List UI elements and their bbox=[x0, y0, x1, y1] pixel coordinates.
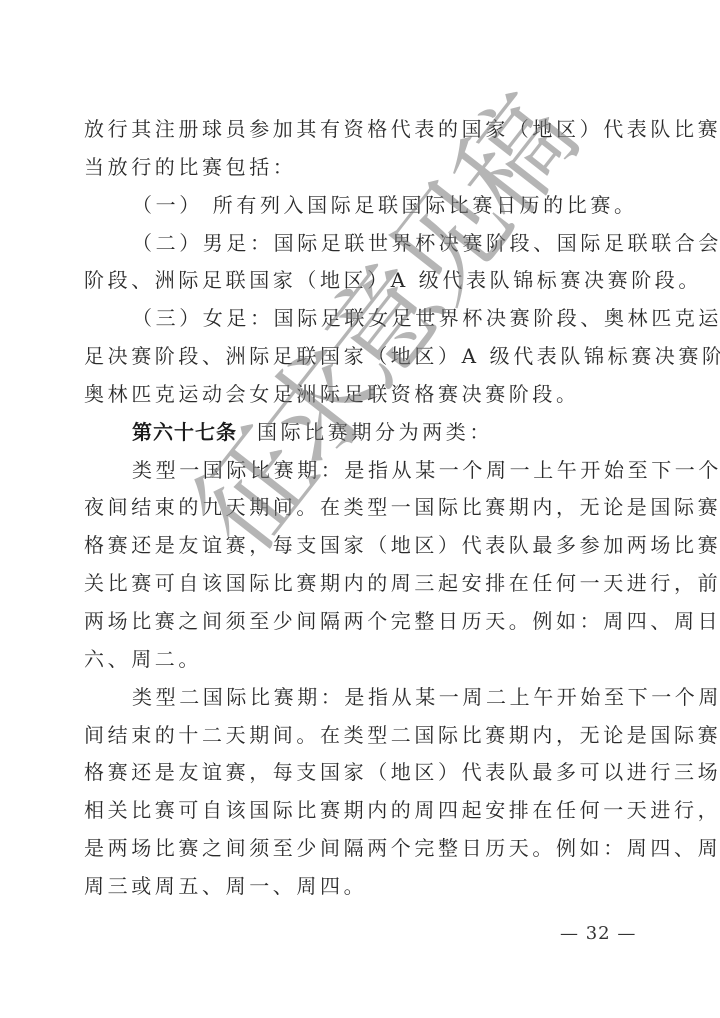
text-line: 周三或周五、周一、周四。 bbox=[84, 868, 644, 906]
text-line: 奥林匹克运动会女足洲际足联资格赛决赛阶段。 bbox=[84, 376, 644, 414]
text-line: 阶段、洲际足联国家（地区）A 级代表队锦标赛决赛阶段。 bbox=[84, 262, 644, 300]
text-line: 两场比赛之间须至少间隔两个完整日历天。例如：周四、周日或周 bbox=[84, 603, 644, 641]
text-line: 相关比赛可自该国际比赛期内的周四起安排在任何一天进行，前提 bbox=[84, 792, 644, 830]
list-item-1: （一） 所有列入国际足联国际比赛日历的比赛。 bbox=[84, 187, 644, 225]
list-item-3: （三）女足：国际足联女足世界杯决赛阶段、奥林匹克运动会女 bbox=[84, 300, 644, 338]
text-line: 是两场比赛之间须至少间隔两个完整日历天。例如：周四、周日、 bbox=[84, 830, 644, 868]
type-one-paragraph: 类型一国际比赛期：是指从某一个周一上午开始至下一个周二 bbox=[84, 452, 644, 490]
document-page: 放行其注册球员参加其有资格代表的国家（地区）代表队比赛。应 当放行的比赛包括： … bbox=[0, 0, 720, 1018]
text-line: 足决赛阶段、洲际足联国家（地区）A 级代表队锦标赛决赛阶段及 bbox=[84, 338, 644, 376]
text-line: 夜间结束的九天期间。在类型一国际比赛期内，无论是国际赛事资 bbox=[84, 489, 644, 527]
text-line: 关比赛可自该国际比赛期内的周三起安排在任何一天进行，前提是 bbox=[84, 565, 644, 603]
page-number: — 32 — bbox=[560, 923, 636, 944]
text-line: 间结束的十二天期间。在类型二国际比赛期内，无论是国际赛事资 bbox=[84, 717, 644, 755]
document-body: 放行其注册球员参加其有资格代表的国家（地区）代表队比赛。应 当放行的比赛包括： … bbox=[84, 111, 644, 906]
article-title: 国际比赛期分为两类： bbox=[257, 420, 493, 444]
type-two-paragraph: 类型二国际比赛期：是指从某一周二上午开始至下一个周六夜 bbox=[84, 679, 644, 717]
text-line: 格赛还是友谊赛，每支国家（地区）代表队最多可以进行三场比赛。 bbox=[84, 754, 644, 792]
text-line: 六、周二。 bbox=[84, 641, 644, 679]
text-line: 放行其注册球员参加其有资格代表的国家（地区）代表队比赛。应 bbox=[84, 111, 644, 149]
article-number: 第六十七条 bbox=[132, 420, 237, 444]
article-heading: 第六十七条国际比赛期分为两类： bbox=[84, 414, 644, 452]
text-line: 当放行的比赛包括： bbox=[84, 149, 644, 187]
text-line: 格赛还是友谊赛，每支国家（地区）代表队最多参加两场比赛。相 bbox=[84, 527, 644, 565]
list-item-2: （二）男足：国际足联世界杯决赛阶段、国际足联联合会杯决赛 bbox=[84, 225, 644, 263]
